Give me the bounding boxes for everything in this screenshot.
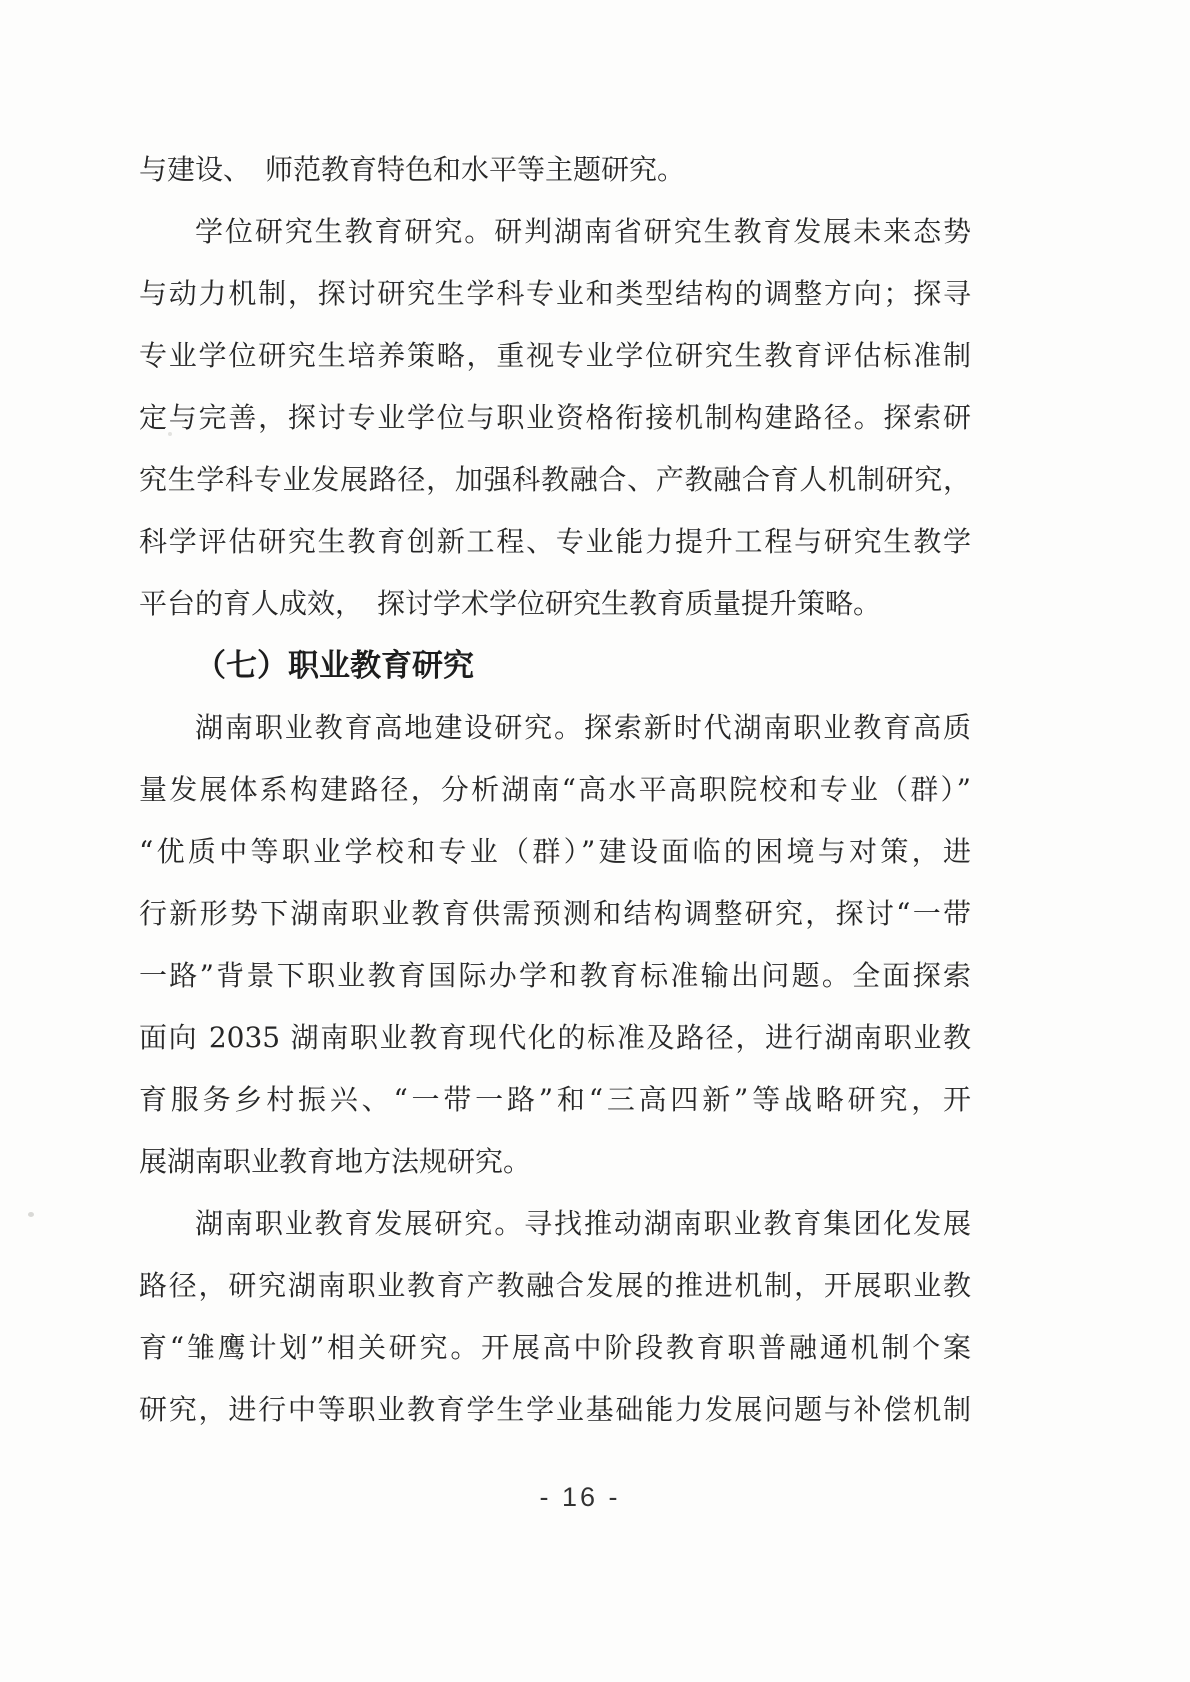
text-line: 展湖南职业教育地方法规研究。 [139,1131,971,1193]
page-body: 与建设、 师范教育特色和水平等主题研究。 学位研究生教育研究。研判湖南省研究生教… [139,139,971,1441]
text-line: 湖南职业教育发展研究。寻找推动湖南职业教育集团化发展 [139,1193,971,1255]
text-line: “优质中等职业学校和专业（群）”建设面临的困境与对策，进 [139,821,971,883]
text-line: 科学评估研究生教育创新工程、专业能力提升工程与研究生教学 [139,511,971,573]
text-line: 研究，进行中等职业教育学生学业基础能力发展问题与补偿机制 [139,1379,971,1441]
text-line: 面向 2035 湖南职业教育现代化的标准及路径，进行湖南职业教 [139,1007,971,1069]
text-line: 平台的育人成效， 探讨学术学位研究生教育质量提升策略。 [139,573,971,635]
text-line: 与建设、 师范教育特色和水平等主题研究。 [139,139,971,201]
page-number: - 16 - [539,1482,620,1512]
text-line: 学位研究生教育研究。研判湖南省研究生教育发展未来态势 [139,201,971,263]
text-line: 育服务乡村振兴、“一带一路”和“三高四新”等战略研究，开 [139,1069,971,1131]
scan-speck [28,1212,34,1217]
text-line: 量发展体系构建路径，分析湖南“高水平高职院校和专业（群）” [139,759,971,821]
text-line: 与动力机制，探讨研究生学科专业和类型结构的调整方向；探寻 [139,263,971,325]
text-line: 行新形势下湖南职业教育供需预测和结构调整研究，探讨“一带 [139,883,971,945]
text-line: 定与完善，探讨专业学位与职业资格衔接机制构建路径。探索研 [139,387,971,449]
section-heading: （七）职业教育研究 [139,635,971,697]
text-line: 湖南职业教育高地建设研究。探索新时代湖南职业教育高质 [139,697,971,759]
page-footer: - 16 - [0,1482,1160,1513]
text-line: 专业学位研究生培养策略，重视专业学位研究生教育评估标准制 [139,325,971,387]
text-line: 一路”背景下职业教育国际办学和教育标准输出问题。全面探索 [139,945,971,1007]
text-line: 究生学科专业发展路径，加强科教融合、产教融合育人机制研究， [139,449,971,511]
text-line: 育“雏鹰计划”相关研究。开展高中阶段教育职普融通机制个案 [139,1317,971,1379]
document-page: 与建设、 师范教育特色和水平等主题研究。 学位研究生教育研究。研判湖南省研究生教… [0,0,1190,1682]
text-line: 路径，研究湖南职业教育产教融合发展的推进机制，开展职业教 [139,1255,971,1317]
